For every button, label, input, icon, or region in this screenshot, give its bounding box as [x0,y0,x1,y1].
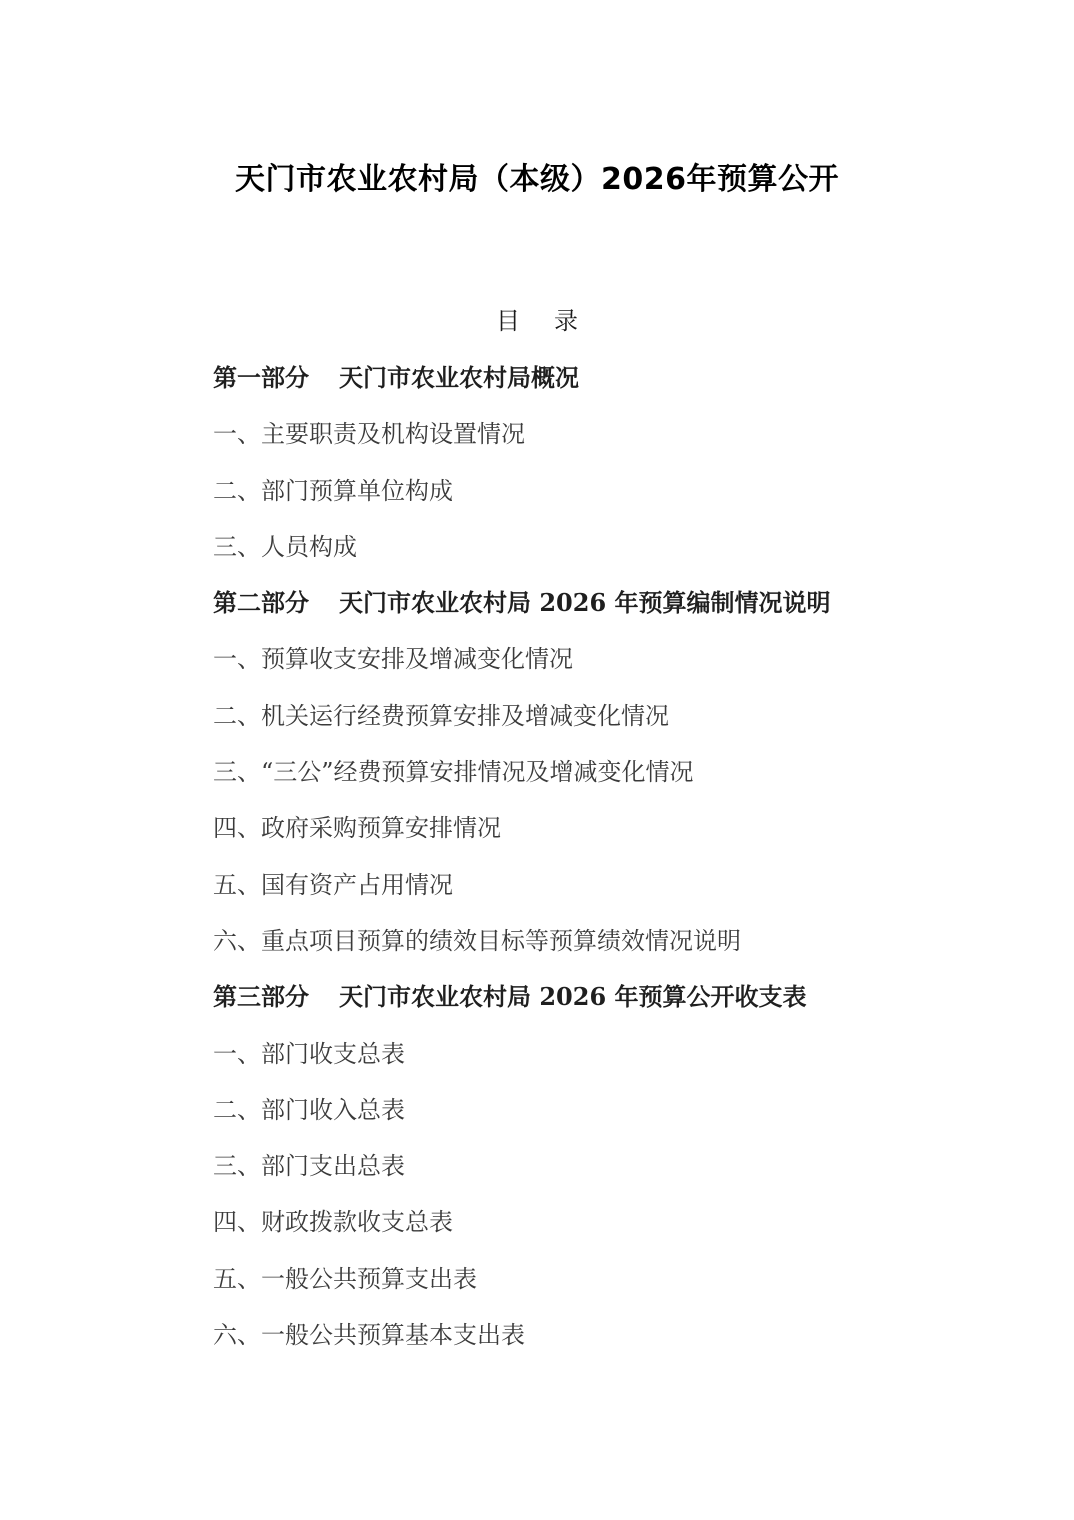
toc-part-label: 天门市农业农村局 2026 年预算公开收支表 [339,982,807,1011]
toc-item[interactable]: 五、一般公共预算支出表 [213,1258,831,1314]
toc-item[interactable]: 一、预算收支安排及增减变化情况 [213,638,831,694]
toc-item[interactable]: 六、一般公共预算基本支出表 [213,1314,831,1370]
toc-heading-char-1: 目 [496,303,520,339]
toc-item[interactable]: 二、部门预算单位构成 [213,470,831,526]
toc-item[interactable]: 四、财政拨款收支总表 [213,1201,831,1257]
toc-item[interactable]: 六、重点项目预算的绩效目标等预算绩效情况说明 [213,920,831,976]
toc-part-label: 天门市农业农村局 2026 年预算编制情况说明 [339,588,831,617]
toc-item[interactable]: 二、机关运行经费预算安排及增减变化情况 [213,695,831,751]
toc-part-2[interactable]: 第二部分天门市农业农村局 2026 年预算编制情况说明 [213,582,831,638]
toc-part-number: 第三部分 [213,976,339,1018]
toc-item[interactable]: 二、部门收入总表 [213,1089,831,1145]
toc-item[interactable]: 五、国有资产占用情况 [213,864,831,920]
toc-item[interactable]: 四、政府采购预算安排情况 [213,807,831,863]
toc-item[interactable]: 一、主要职责及机构设置情况 [213,413,831,469]
table-of-contents: 第一部分天门市农业农村局概况 一、主要职责及机构设置情况 二、部门预算单位构成 … [213,357,831,1370]
toc-item[interactable]: 一、部门收支总表 [213,1033,831,1089]
toc-item[interactable]: 三、人员构成 [213,526,831,582]
toc-item[interactable]: 三、“三公”经费预算安排情况及增减变化情况 [213,751,831,807]
toc-heading-char-2: 录 [554,303,578,339]
toc-part-1[interactable]: 第一部分天门市农业农村局概况 [213,357,831,413]
toc-item[interactable]: 三、部门支出总表 [213,1145,831,1201]
toc-part-number: 第一部分 [213,357,339,399]
toc-part-3[interactable]: 第三部分天门市农业农村局 2026 年预算公开收支表 [213,976,831,1032]
toc-heading: 目录 [0,303,1074,339]
toc-part-number: 第二部分 [213,582,339,624]
page-title: 天门市农业农村局（本级）2026年预算公开 [0,158,1074,202]
toc-part-label: 天门市农业农村局概况 [339,363,579,392]
